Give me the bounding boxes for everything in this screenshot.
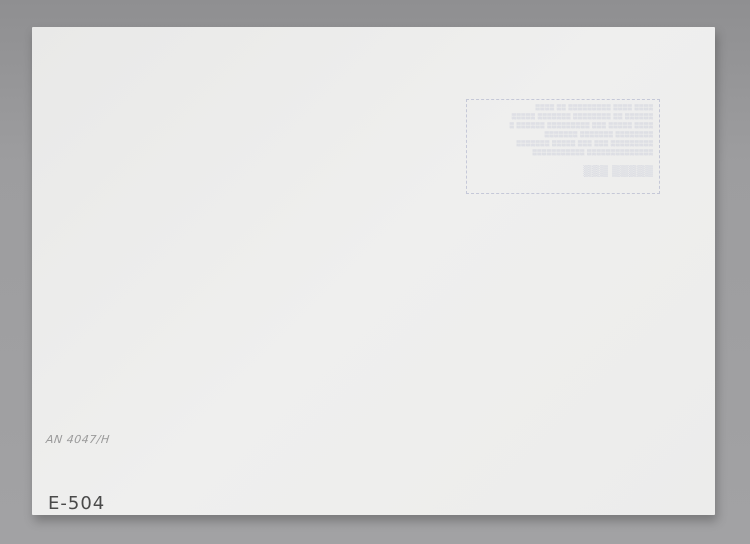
stamp-line: ▒▒▒▒▒▒ ▒▒ ▒▒▒▒▒▒▒▒ ▒▒▒▒▒▒▒ ▒▒▒▒▒ (473, 113, 653, 122)
stamp-line: ▒▒▒▒▒▒▒▒▒ ▒▒▒ ▒▒▒ ▒▒▒▒▒ ▒▒▒▒▒▒▒ (473, 140, 653, 149)
stamp-heading: ▒▒▒▒▒ ▒▒▒ (473, 164, 653, 178)
faded-stamp: ▒▒▒▒ ▒▒▒▒ ▒▒▒▒▒▒▒▒▒ ▒▒ ▒▒▒▒ ▒▒▒▒▒▒ ▒▒ ▒▒… (466, 99, 660, 194)
stamp-line: ▒▒▒▒ ▒▒▒▒ ▒▒▒▒▒▒▒▒▒ ▒▒ ▒▒▒▒ (473, 104, 653, 113)
photo-print-back: ▒▒▒▒ ▒▒▒▒ ▒▒▒▒▒▒▒▒▒ ▒▒ ▒▒▒▒ ▒▒▒▒▒▒ ▒▒ ▒▒… (32, 27, 715, 515)
accession-number-note: AN 4047/H (45, 433, 110, 446)
stamp-line: ▒▒▒▒ ▒▒▒▒▒ ▒▒▒ ▒▒▒▒▒▒▒▒▒ ▒▒▒▒▒▒ ▒ (473, 122, 653, 131)
stamp-line: ▒▒▒▒▒▒▒▒▒▒▒▒▒▒ ▒▒▒▒▒▒▒▒▒▒▒ (473, 149, 653, 158)
catalog-number-note: E-504 (48, 493, 105, 514)
stamp-line: ▒▒▒▒▒▒▒▒ ▒▒▒▒▒▒▒ ▒▒▒▒▒▒▒ (473, 131, 653, 140)
